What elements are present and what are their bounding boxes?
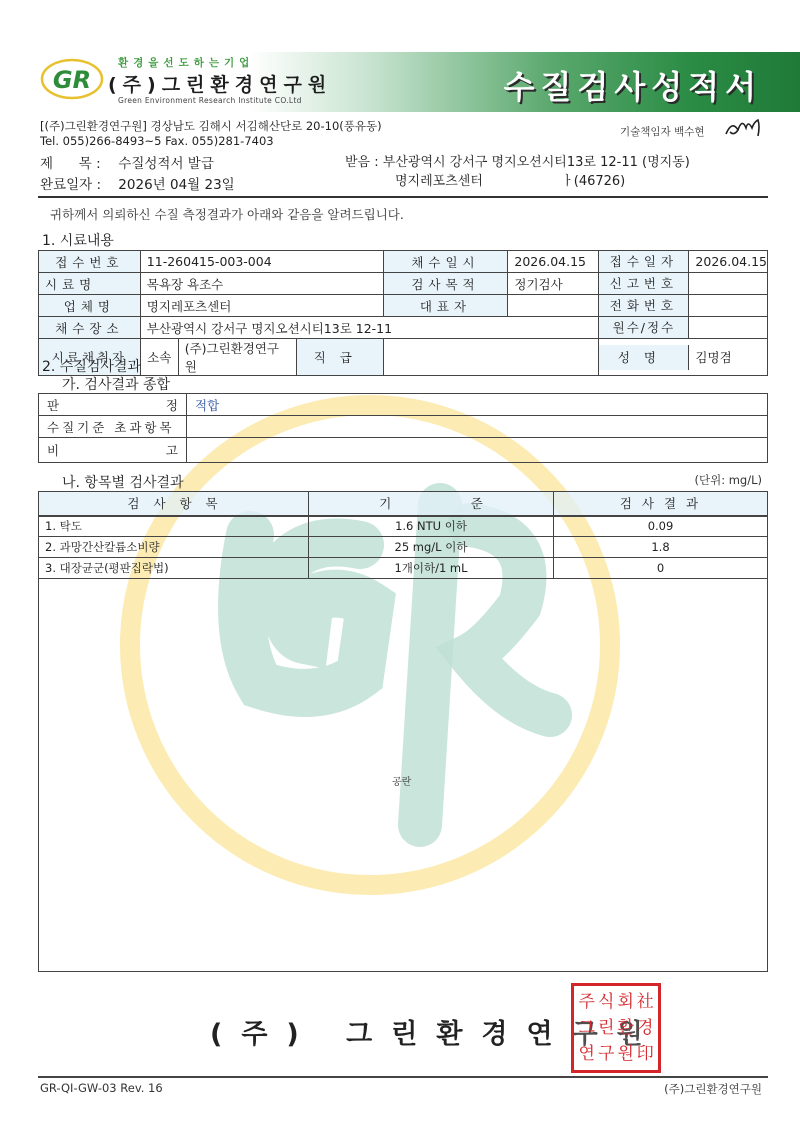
company-tel-fax: Tel. 055)266-8493~5 Fax. 055)281-7403 <box>40 134 382 149</box>
value-report-no <box>689 273 695 294</box>
cell-standard: 1개이하/1 mL <box>309 558 554 579</box>
label-name: 성명 <box>599 345 689 370</box>
unit-label: (단위: mg/L) <box>694 472 762 488</box>
detail-results-table: 검 사 항 목 기 준 검 사 결 과 1. 탁도1.6 NTU 이하0.092… <box>38 491 768 972</box>
seal-char: 회 <box>616 989 636 1015</box>
seal-char: 그 <box>577 1015 597 1041</box>
label-affiliation: 소속 <box>140 339 178 376</box>
label-report-no: 신고번호 <box>599 273 689 294</box>
result-summary-table: 판정 적합 수질기준 초과항목 비고 <box>38 393 768 463</box>
sampler-name-cell: 성명 김명겸 <box>599 339 768 376</box>
seal-char: 구 <box>597 1041 617 1067</box>
cell-result: 0 <box>554 558 768 579</box>
value-location: 부산광역시 강서구 명지오션시티13로 12-11 <box>140 317 599 339</box>
label-location: 채수장소 <box>39 317 141 339</box>
section1-title: 1. 시료내용 <box>42 230 114 250</box>
label-sample-name: 시료명 <box>39 273 141 295</box>
recipient-postal: ㅏ(46726) <box>561 174 625 189</box>
seal-char: 印 <box>636 1041 656 1067</box>
report-no-cell: 신고번호 <box>599 273 768 295</box>
value-judgement: 적합 <box>187 394 768 416</box>
value-phone <box>689 295 695 316</box>
footer-company: (주)그린환경연구원 <box>664 1081 762 1097</box>
value-receipt-no: 11-260415-003-004 <box>140 251 383 273</box>
label-source: 원수/정수 <box>599 317 689 338</box>
seal-char: 식 <box>597 989 617 1015</box>
table-row: 3. 대장균군(평판집락법)1개이하/1 mL0 <box>39 558 768 579</box>
col-header-result: 검 사 결 과 <box>554 492 768 516</box>
tech-manager-label: 기술책임자 <box>620 126 671 138</box>
seal-char: 연 <box>577 1041 597 1067</box>
footer-divider <box>38 1076 768 1078</box>
company-contact: [(주)그린환경연구원] 경상남도 김해시 서김해산단로 20-10(풍유동) … <box>40 119 382 149</box>
seal-char: 주 <box>577 989 597 1015</box>
value-name: 김명겸 <box>689 345 731 370</box>
company-name-english: Green Environment Research Institute CO.… <box>118 96 302 105</box>
value-sample-name: 목욕장 욕조수 <box>140 273 383 295</box>
value-position <box>383 339 599 376</box>
cell-standard: 1.6 NTU 이하 <box>309 516 554 537</box>
company-address: [(주)그린환경연구원] 경상남도 김해시 서김해산단로 20-10(풍유동) <box>40 119 382 134</box>
cell-result: 1.8 <box>554 537 768 558</box>
seal-char: 린 <box>597 1015 617 1041</box>
recipient-label: 받음 : <box>345 155 379 170</box>
value-affiliation: (주)그린환경연구원 <box>178 339 296 376</box>
label-purpose: 검사목적 <box>383 273 508 295</box>
recipient-name: 명지레포츠센터 <box>395 174 483 189</box>
section2-title: 2. 수질검사결과 <box>42 356 141 376</box>
summary-title: 가. 검사결과 종합 <box>62 374 170 394</box>
label-representative: 대표자 <box>383 295 508 317</box>
cell-item: 1. 탁도 <box>39 516 309 537</box>
value-exceed-items <box>187 416 768 438</box>
seal-char: 社 <box>636 989 656 1015</box>
seal-char: 원 <box>616 1041 636 1067</box>
label-judgement: 판정 <box>39 394 187 416</box>
label-exceed-items: 수질기준 초과항목 <box>39 416 187 438</box>
label-position: 직급 <box>297 339 384 376</box>
value-remarks <box>187 438 768 463</box>
signature-icon <box>722 116 768 140</box>
header-divider <box>38 196 768 198</box>
document-title: 수질검사성적서 <box>504 62 762 108</box>
phone-cell: 전화번호 <box>599 295 768 317</box>
subject-row: 제 목 : 수질성적서 발급 <box>40 152 214 172</box>
completed-label: 완료일자 : <box>40 173 114 193</box>
label-phone: 전화번호 <box>599 295 689 316</box>
company-seal-icon: 주식회社그린환경연구원印 <box>571 983 661 1073</box>
completed-row: 완료일자 : 2026년 04월 23일 <box>40 173 235 193</box>
value-purpose: 정기검사 <box>508 273 599 295</box>
greeting-text: 귀하께서 의뢰하신 수질 측정결과가 아래와 같음을 알려드립니다. <box>50 205 404 223</box>
tech-manager: 기술책임자 백수현 <box>620 124 705 139</box>
col-header-item: 검 사 항 목 <box>39 492 309 516</box>
recipient-address: 부산광역시 강서구 명지오션시티13로 12-11 (명지동) <box>383 155 690 170</box>
cell-item: 3. 대장균군(평판집락법) <box>39 558 309 579</box>
subject-label: 제 목 : <box>40 152 114 172</box>
cell-standard: 25 mg/L 이하 <box>309 537 554 558</box>
table-row: 2. 과망간산칼륨소비량25 mg/L 이하1.8 <box>39 537 768 558</box>
value-company: 명지레포츠센터 <box>140 295 383 317</box>
value-receipt-date: 2026.04.15 <box>689 254 767 269</box>
form-code: GR-QI-GW-03 Rev. 16 <box>40 1081 163 1095</box>
col-header-standard: 기 준 <box>309 492 554 516</box>
detail-title: 나. 항목별 검사결과 <box>62 472 184 492</box>
value-representative <box>508 295 599 317</box>
table-row: 1. 탁도1.6 NTU 이하0.09 <box>39 516 768 537</box>
label-sample-date: 채수일시 <box>383 251 508 273</box>
label-company: 업체명 <box>39 295 141 317</box>
completed-date: 2026년 04월 23일 <box>118 177 234 193</box>
source-cell: 원수/정수 <box>599 317 768 339</box>
seal-char: 경 <box>636 1015 656 1041</box>
company-logo-icon: GR <box>40 58 104 100</box>
value-source <box>689 317 695 338</box>
tech-manager-name: 백수현 <box>674 126 704 138</box>
blank-note: 공란 <box>392 773 411 788</box>
sample-info-table: 접수번호 11-260415-003-004 채수일시 2026.04.15 접… <box>38 250 768 376</box>
subject-value: 수질성적서 발급 <box>118 156 214 172</box>
value-sample-date: 2026.04.15 <box>508 251 599 273</box>
label-receipt-no: 접수번호 <box>39 251 141 273</box>
company-name: (주)그린환경연구원 <box>108 70 332 97</box>
company-slogan: 환경을선도하는기업 <box>118 55 254 70</box>
cell-result: 0.09 <box>554 516 768 537</box>
recipient: 받음 : 부산광역시 강서구 명지오션시티13로 12-11 (명지동) 명지레… <box>345 153 690 191</box>
label-remarks: 비고 <box>39 438 187 463</box>
label-receipt-date: 접수일자 <box>599 251 689 272</box>
receipt-date-cell: 접수일자 2026.04.15 <box>599 251 768 273</box>
svg-text:GR: GR <box>53 66 91 94</box>
cell-item: 2. 과망간산칼륨소비량 <box>39 537 309 558</box>
seal-char: 환 <box>616 1015 636 1041</box>
